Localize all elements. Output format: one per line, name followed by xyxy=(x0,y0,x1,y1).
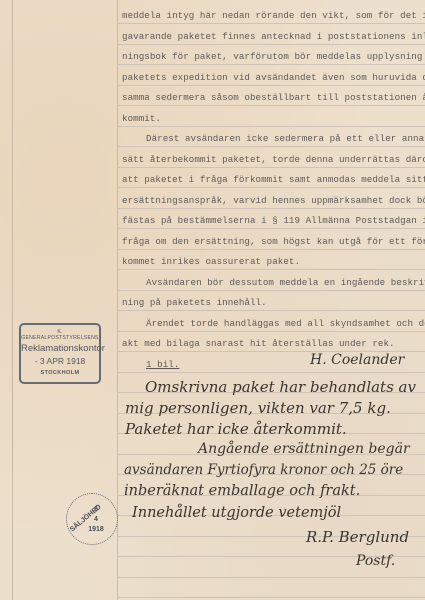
ruled-line xyxy=(117,269,425,270)
postmark-stamp: SÄLJÖHED 6 4 1918 xyxy=(66,493,118,545)
handwritten-line: Omskrivna paket har behandlats av xyxy=(145,378,416,396)
handwritten-line: mig personligen, vikten var 7,5 kg. xyxy=(125,399,391,417)
ruled-line xyxy=(117,249,425,250)
typed-line: ning på paketets innehåll. xyxy=(122,297,267,308)
typed-line: akt med bilaga snarast hit återställas u… xyxy=(122,338,395,349)
ruled-line xyxy=(117,85,425,86)
document-page: meddela intyg här nedan rörande den vikt… xyxy=(0,0,425,600)
typed-line: kommet inrikes oassurerat paket. xyxy=(122,256,300,267)
typed-line: gavarande paketet finnes antecknad i pos… xyxy=(122,31,425,42)
ruled-line xyxy=(117,126,425,127)
ruled-line xyxy=(117,310,425,311)
ruled-line xyxy=(117,105,425,106)
handwritten-line: Paketet har icke återkommit. xyxy=(125,420,347,438)
typed-line: paketets expedition vid avsändandet även… xyxy=(122,72,425,83)
typed-line: sätt återbekommit paketet, torde denna u… xyxy=(122,154,425,165)
handwritten-line: inberäknat emballage och frakt. xyxy=(124,483,360,499)
typed-line: samma sedermera såsom obeställbart till … xyxy=(122,92,425,103)
ruled-line xyxy=(117,44,425,45)
ruled-line xyxy=(117,167,425,168)
postmark-day: 6 xyxy=(75,506,117,513)
typed-line: ersättningsanspråk, varvid hennes uppmär… xyxy=(122,195,425,206)
typed-line: Därest avsändaren icke sedermera på ett … xyxy=(146,133,425,144)
enclosure-note: 1 bil. xyxy=(146,359,179,370)
signature-coelander: H. Coelander xyxy=(310,352,404,368)
typed-line: kommit. xyxy=(122,113,161,124)
ruled-line xyxy=(117,208,425,209)
typed-line: meddela intyg här nedan rörande den vikt… xyxy=(122,10,425,21)
ruled-line xyxy=(117,146,425,147)
outer-margin-line xyxy=(12,0,13,600)
typed-line: Avsändaren bör dessutom meddela en ingåe… xyxy=(146,277,425,288)
ruled-line xyxy=(117,23,425,24)
signature-title: Postf. xyxy=(356,553,395,569)
ruled-line xyxy=(117,64,425,65)
stamp-line: STOCKHOLM xyxy=(21,370,99,376)
typed-line: Ärendet torde handläggas med all skyndsa… xyxy=(146,318,425,329)
postmark-month: 4 xyxy=(75,516,117,523)
stamp-line: Reklamationskontor xyxy=(21,343,99,354)
left-margin-line xyxy=(117,0,118,600)
handwritten-line: Angående ersättningen begär xyxy=(198,441,410,457)
ruled-line xyxy=(117,372,425,373)
ruled-line xyxy=(117,228,425,229)
typed-line: fråga om den ersättning, som högst kan u… xyxy=(122,236,425,247)
ruled-line xyxy=(117,331,425,332)
typed-line: fästas på bestämmelserna i § 119 Allmänn… xyxy=(122,215,425,226)
ruled-line xyxy=(117,187,425,188)
handwritten-line: Innehållet utgjorde vetemjöl xyxy=(132,505,341,521)
stamp-line: K. GENERALPOSTSTYRELSENS xyxy=(21,329,99,341)
ruled-line xyxy=(117,597,425,598)
ruled-line xyxy=(117,290,425,291)
postmark-year: 1918 xyxy=(75,526,117,533)
typed-line: att paketet i fråga förkommit samt anmod… xyxy=(122,174,425,185)
reklamationskontor-stamp: K. GENERALPOSTSTYRELSENS Reklamationskon… xyxy=(19,323,101,384)
typed-line: ningsbok för paket, varförutom bör medde… xyxy=(122,51,425,62)
ruled-line xyxy=(117,577,425,578)
handwritten-line: avsändaren Fyrtiofyra kronor och 25 öre xyxy=(124,462,403,478)
stamp-date: - 3 APR 1918 xyxy=(21,356,99,366)
signature-berglund: R.P. Berglund xyxy=(306,528,409,546)
